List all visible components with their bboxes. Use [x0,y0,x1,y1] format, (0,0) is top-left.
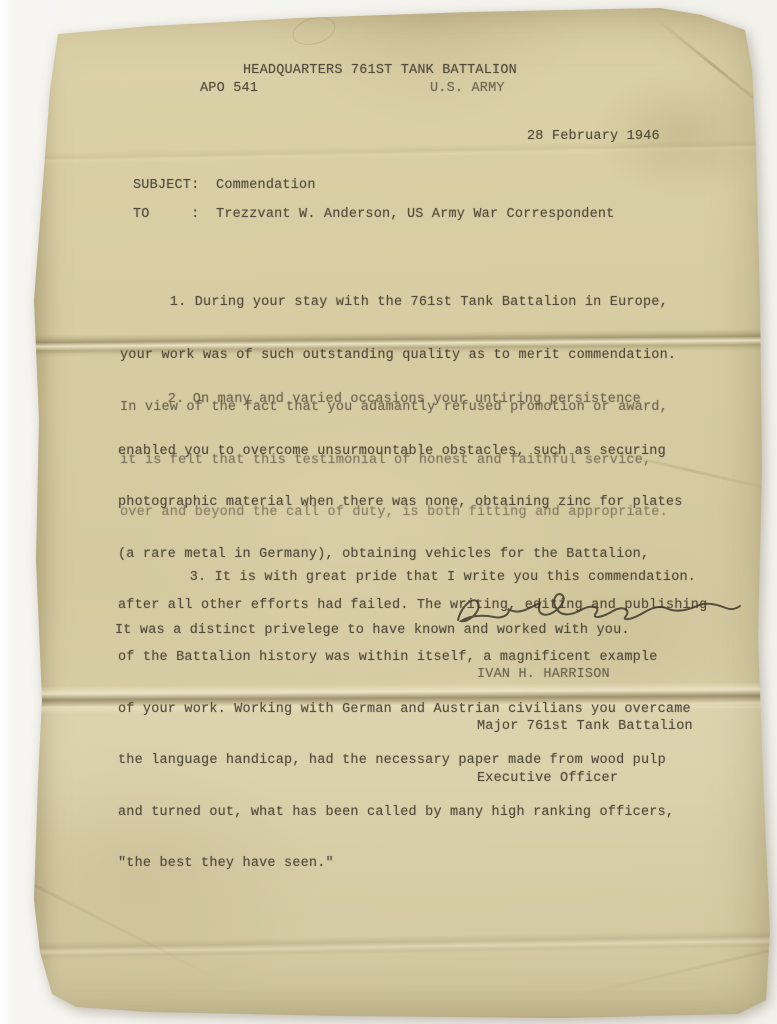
date-line: 28 February 1946 [527,128,660,146]
signature-role-line: Executive Officer [477,770,693,787]
paragraph-2-line: photographic material when there was non… [118,494,707,511]
letterhead-apo: APO 541 [200,80,258,98]
signature-block: IVAN H. HARRISON Major 761st Tank Battal… [477,631,693,823]
paragraph-2-line: 2. On many and varied occasions your unt… [118,391,707,408]
signature-title-line: Major 761st Tank Battalion [477,718,693,735]
subject-line: SUBJECT: Commendation [133,177,316,195]
paragraph-2-line: enabled you to overcome unsurmountable o… [118,443,707,460]
signature-typed-name: IVAN H. HARRISON [477,666,693,683]
paper-shadow-wrap: HEADQUARTERS 761ST TANK BATTALION APO 54… [0,0,777,1024]
paper-sheet: HEADQUARTERS 761ST TANK BATTALION APO 54… [0,0,777,1024]
paragraph-1-line: 1. During your stay with the 761st Tank … [120,294,676,312]
paragraph-2-line: "the best they have seen." [118,855,707,872]
paragraph-3-line: 3. It is with great pride that I write y… [115,569,696,587]
to-line: TO : Trezzvant W. Anderson, US Army War … [133,206,614,224]
handwritten-signature [448,590,748,634]
scanned-letter: HEADQUARTERS 761ST TANK BATTALION APO 54… [0,0,777,1024]
letterhead-unit: HEADQUARTERS 761ST TANK BATTALION [243,62,517,80]
letterhead-army: U.S. ARMY [430,80,505,98]
